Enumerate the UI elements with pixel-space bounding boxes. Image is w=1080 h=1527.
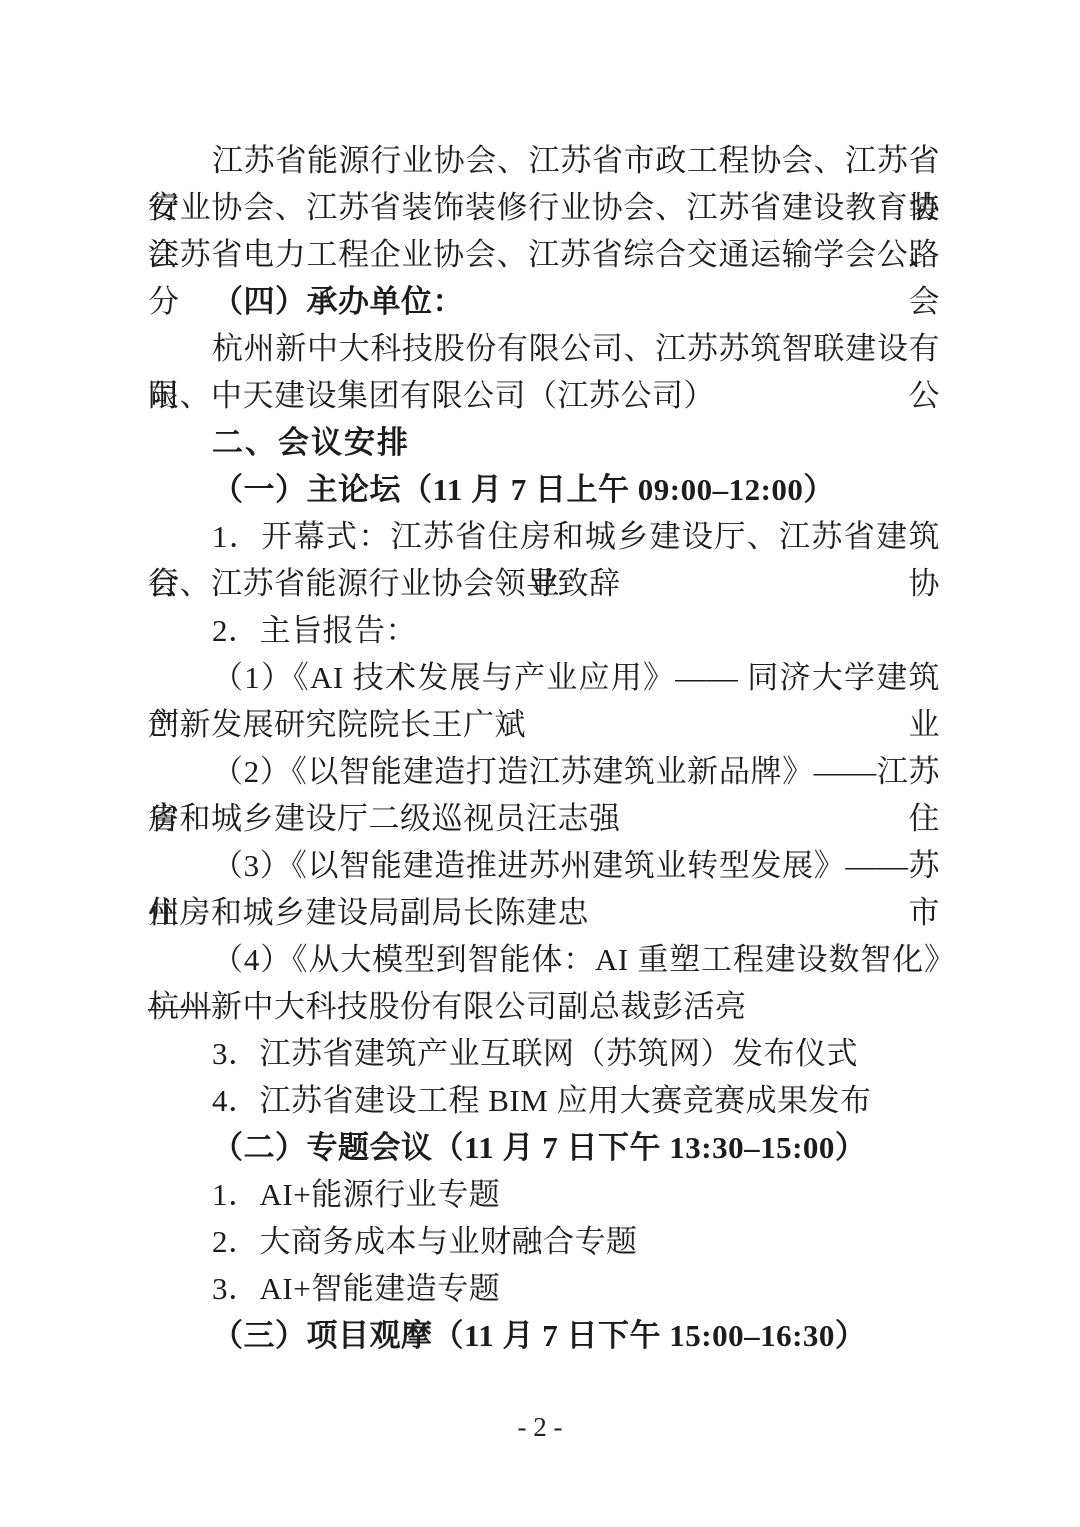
keynote-report-3-line: （3）《以智能建造推进苏州建筑业转型发展》——苏州市 bbox=[148, 842, 940, 889]
item-bim-contest-results: 4．江苏省建设工程 BIM 应用大赛竞赛成果发布 bbox=[148, 1077, 940, 1124]
item-opening-ceremony-line: 1．开幕式：江苏省住房和城乡建设厅、江苏省建筑行业协 bbox=[148, 513, 940, 560]
undertaking-units-line: 杭州新中大科技股份有限公司、江苏苏筑智联建设有限公 bbox=[148, 325, 940, 372]
session-ai-intelligent-construction: 3．AI+智能建造专题 bbox=[148, 1265, 940, 1312]
item-suzhu-net-launch: 3．江苏省建筑产业互联网（苏筑网）发布仪式 bbox=[148, 1030, 940, 1077]
keynote-report-1-line: （1）《AI 技术发展与产业应用》—— 同济大学建筑产业 bbox=[148, 654, 940, 701]
keynote-report-4-line: 杭州新中大科技股份有限公司副总裁彭活亮 bbox=[148, 983, 940, 1030]
heading-section-meeting-arrangement: 二、会议安排 bbox=[148, 419, 940, 466]
keynote-report-4-line: （4）《从大模型到智能体：AI 重塑工程建设数智化》—— bbox=[148, 936, 940, 983]
co-organizer-units-line: 江苏省电力工程企业协会、江苏省综合交通运输学会公路分会 bbox=[148, 231, 940, 278]
item-keynote-reports: 2．主旨报告： bbox=[148, 607, 940, 654]
document-body: 江苏省能源行业协会、江苏省市政工程协会、江苏省安装 行业协会、江苏省装饰装修行业… bbox=[148, 137, 940, 1359]
co-organizer-units-line: 江苏省能源行业协会、江苏省市政工程协会、江苏省安装 bbox=[148, 137, 940, 184]
heading-main-forum: （一）主论坛（11 月 7 日上午 09:00–12:00） bbox=[148, 466, 940, 513]
keynote-report-2-line: （2）《以智能建造打造江苏建筑业新品牌》——江苏省住 bbox=[148, 748, 940, 795]
heading-project-tour: （三）项目观摩（11 月 7 日下午 15:00–16:30） bbox=[148, 1312, 940, 1359]
co-organizer-units-line: 行业协会、江苏省装饰装修行业协会、江苏省建设教育协会、 bbox=[148, 184, 940, 231]
session-ai-energy: 1．AI+能源行业专题 bbox=[148, 1171, 940, 1218]
document-page: 江苏省能源行业协会、江苏省市政工程协会、江苏省安装 行业协会、江苏省装饰装修行业… bbox=[0, 0, 1080, 1527]
page-number: - 2 - bbox=[518, 1412, 563, 1442]
session-business-cost-finance: 2．大商务成本与业财融合专题 bbox=[148, 1218, 940, 1265]
heading-special-sessions: （二）专题会议（11 月 7 日下午 13:30–15:00） bbox=[148, 1124, 940, 1171]
page-footer: - 2 - bbox=[0, 1410, 1080, 1444]
